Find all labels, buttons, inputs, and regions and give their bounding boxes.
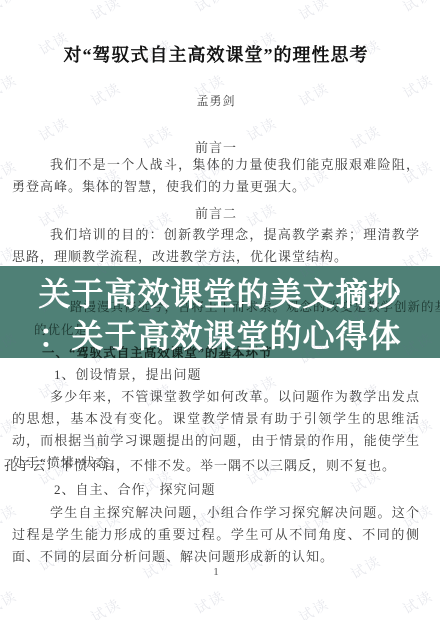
preface-2-paragraph: 我们培训的目的：创新教学理念，提高教学素养；理清教学思路，理顺教学流程，改进教学…: [12, 224, 420, 268]
promo-banner[interactable]: 路漫漫其修远兮，吾将上下而求索。观念的改变是教学创新的基础，教学 的优化是 一、…: [0, 266, 440, 358]
watermark-text: 试读: [399, 585, 437, 618]
watermark-text: 试读: [191, 0, 229, 17]
step-2-heading: 2、自主、合作，探究问题: [12, 479, 420, 498]
preface-2-heading: 前言二: [12, 203, 420, 222]
document-page: 对“驾驭式自主高效课堂”的理性思考 孟勇剑 前言一 我们不是一个人战斗，集体的力…: [0, 0, 440, 620]
author-name: 孟勇剑: [12, 92, 420, 109]
watermark-text: 试读: [0, 0, 21, 17]
banner-title-line-1: 关于高效课堂的美文摘抄: [0, 269, 440, 315]
step-2-paragraph: 学生自主探究解决问题，小组合作学习探究解决问题。这个过程是学生能力形成的重要过程…: [12, 502, 420, 568]
watermark-text: 试读: [87, 593, 125, 620]
watermark-text: 试读: [0, 585, 21, 618]
watermark-text: 试读: [295, 593, 333, 620]
page-number: 1: [12, 566, 420, 578]
watermark-text: 试读: [295, 0, 333, 25]
watermark-text: 试读: [191, 585, 229, 618]
step-1-heading: 1、创设情景，提出问题: [12, 364, 420, 383]
preface-1-paragraph: 我们不是一个人战斗，集体的力量使我们能克服艰难险阻，勇登高峰。集体的智慧，使我们…: [12, 154, 420, 198]
watermark-text: 试读: [399, 0, 437, 17]
confucius-quote: 孔子云：不愤不启，不悱不发。举一隅不以三隅反，则不复也。: [4, 455, 420, 474]
watermark-text: 试读: [87, 0, 125, 25]
document-title: 对“驾驭式自主高效课堂”的理性思考: [12, 41, 420, 67]
banner-title-line-2: ：关于高效课堂的心得体: [0, 311, 440, 357]
